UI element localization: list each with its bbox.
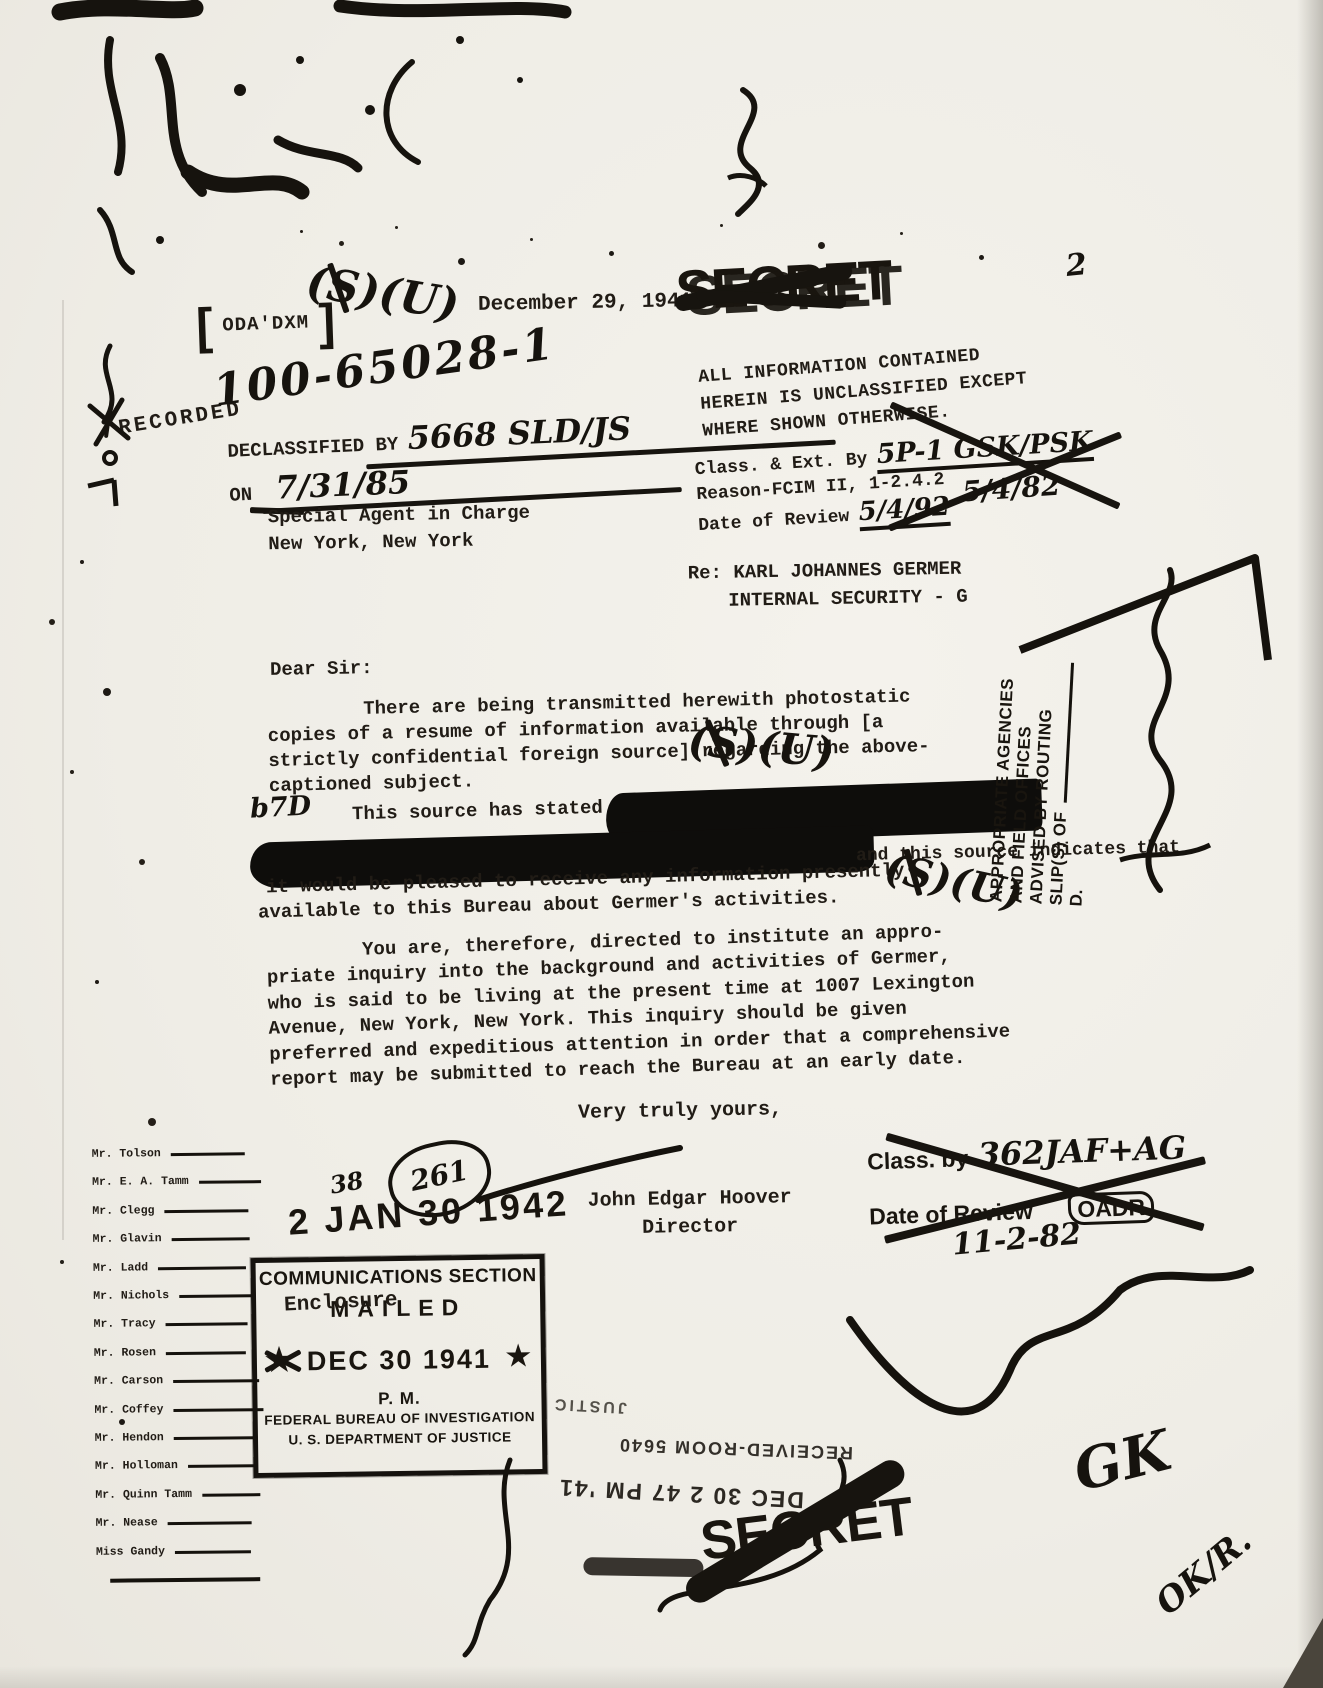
routing-underline	[199, 1181, 261, 1185]
routing-underline	[202, 1493, 260, 1497]
comms-pm: P. M.	[257, 1387, 541, 1411]
routing-list: Mr. Tolson Mr. E. A. Tamm Mr. Clegg Mr. …	[92, 1139, 266, 1595]
declassified-on-label: ON	[229, 484, 253, 507]
declassified-on-value: 7/31/85	[275, 463, 411, 507]
routing-underline	[164, 1209, 248, 1213]
routing-underline	[166, 1323, 248, 1327]
subject-block: Re: KARL JOHANNES GERMER INTERNAL SECURI…	[688, 556, 968, 616]
declassified-label: DECLASSIFIED BY	[227, 433, 399, 462]
routing-underline	[188, 1465, 254, 1469]
recipient-line2: New York, New York	[268, 526, 531, 557]
comms-date: DEC 30 1941	[257, 1343, 541, 1378]
routing-row: Mr. Nease	[95, 1508, 264, 1538]
routing-underline	[171, 1152, 245, 1156]
comms-org: FEDERAL BUREAU OF INVESTIGATION	[258, 1409, 542, 1428]
routing-name: Mr. Hendon	[95, 1431, 164, 1445]
scan-edge-bottom	[0, 1666, 1323, 1688]
routing-underline	[175, 1550, 251, 1554]
paper-specks	[300, 230, 303, 233]
routing-name: Mr. Clegg	[92, 1204, 154, 1218]
subject-line1: Re: KARL JOHANNES GERMER	[688, 556, 968, 588]
fold-line	[62, 300, 64, 1240]
paragraph-3: You are, therefore, directed to institut…	[266, 915, 1080, 1093]
oda-dxm-text: ODA'DXM	[222, 311, 310, 336]
unclassified-notice: ALL INFORMATION CONTAINED HEREIN IS UNCL…	[697, 339, 1030, 445]
routing-name: Miss Gandy	[96, 1545, 165, 1559]
recipient-address: Special Agent in Charge New York, New Yo…	[268, 500, 531, 558]
routing-name: Mr. Ladd	[93, 1261, 148, 1275]
routing-name: Mr. Tracy	[93, 1318, 155, 1332]
routing-underline	[110, 1577, 260, 1583]
routing-underline	[158, 1266, 246, 1270]
page-number: 2	[1064, 247, 1088, 284]
routing-row: Mr. Carson	[94, 1366, 263, 1396]
routing-name: Mr. Coffey	[94, 1403, 163, 1417]
routing-name: Mr. Holloman	[95, 1459, 178, 1473]
routing-row: Mr. Coffey	[94, 1395, 263, 1425]
routing-underline	[179, 1294, 251, 1298]
routing-name: Mr. E. A. Tamm	[92, 1175, 189, 1189]
agencies-signature-squiggle	[1080, 560, 1240, 910]
routing-underline	[173, 1408, 263, 1412]
routing-row: Mr. Glavin	[93, 1224, 262, 1254]
ink-squiggle-top	[688, 82, 818, 222]
scan-edge-right	[1297, 0, 1323, 1688]
routing-row: Mr. Rosen	[94, 1338, 263, 1368]
margin-pen-mark	[70, 336, 160, 516]
routing-name: Mr. Carson	[94, 1374, 163, 1388]
routing-row: Mr. Ladd	[93, 1253, 262, 1283]
routing-name: Mr. Nease	[96, 1517, 158, 1531]
b7d-annotation: b7D	[249, 790, 312, 824]
routing-name: Mr. Rosen	[94, 1346, 156, 1360]
valediction: Very truly yours,	[578, 1098, 782, 1125]
okr-initials: OK/R.	[1148, 1521, 1259, 1623]
paragraph-2-lead: This source has stated	[352, 797, 603, 826]
routing-row: Mr. Quinn Tamm	[95, 1480, 264, 1510]
paper-specks	[80, 560, 84, 564]
routing-underline	[174, 1436, 258, 1440]
pen-scrawl-right	[830, 1250, 1260, 1480]
routing-name: Mr. Nichols	[93, 1289, 169, 1303]
routing-underline	[166, 1351, 246, 1355]
subject-line2: INTERNAL SECURITY - G	[728, 583, 968, 615]
review-label: Date of Review	[698, 507, 850, 536]
scanned-document-page: 2 [ ODA'DXM ] (S)(U) December 29, 1941 S…	[0, 0, 1323, 1688]
routing-underline	[168, 1522, 252, 1526]
routing-underline	[172, 1237, 250, 1241]
recipient-line1: Special Agent in Charge	[268, 500, 531, 531]
routing-row: Mr. Holloman	[95, 1452, 264, 1482]
routing-row: Miss Gandy	[96, 1537, 265, 1567]
routing-row-blank	[96, 1565, 265, 1595]
routing-row: Mr. Nichols	[93, 1281, 262, 1311]
bracket-open: [	[195, 298, 214, 355]
received-justice-fragment: JUSTIC	[552, 1394, 628, 1416]
review-revised-date: 5/4/82	[961, 469, 1061, 509]
routing-underline	[173, 1379, 259, 1383]
routing-name: Mr. Tolson	[92, 1147, 161, 1161]
comms-title: COMMUNICATIONS SECTION	[256, 1265, 540, 1291]
letter-date: December 29, 1941	[478, 290, 693, 317]
secret-marker-stroke	[583, 1557, 703, 1577]
routing-row: Mr. Clegg	[92, 1196, 261, 1226]
declassified-value: 5668 SLD/JS	[407, 409, 632, 457]
salutation: Dear Sir:	[270, 657, 373, 681]
agencies-fill-line	[1064, 662, 1074, 802]
note-38: 38	[328, 1165, 366, 1199]
routing-row: Mr. E. A. Tamm	[92, 1168, 261, 1198]
routing-name: Mr. Glavin	[93, 1232, 162, 1246]
routing-row: Mr. Tolson	[92, 1139, 261, 1169]
jan-30-1942-stamp: 2 JAN 30 1942	[287, 1182, 570, 1244]
routing-name: Mr. Quinn Tamm	[95, 1488, 192, 1502]
routing-row: Mr. Tracy	[93, 1310, 262, 1340]
routing-row: Mr. Hendon	[95, 1423, 264, 1453]
